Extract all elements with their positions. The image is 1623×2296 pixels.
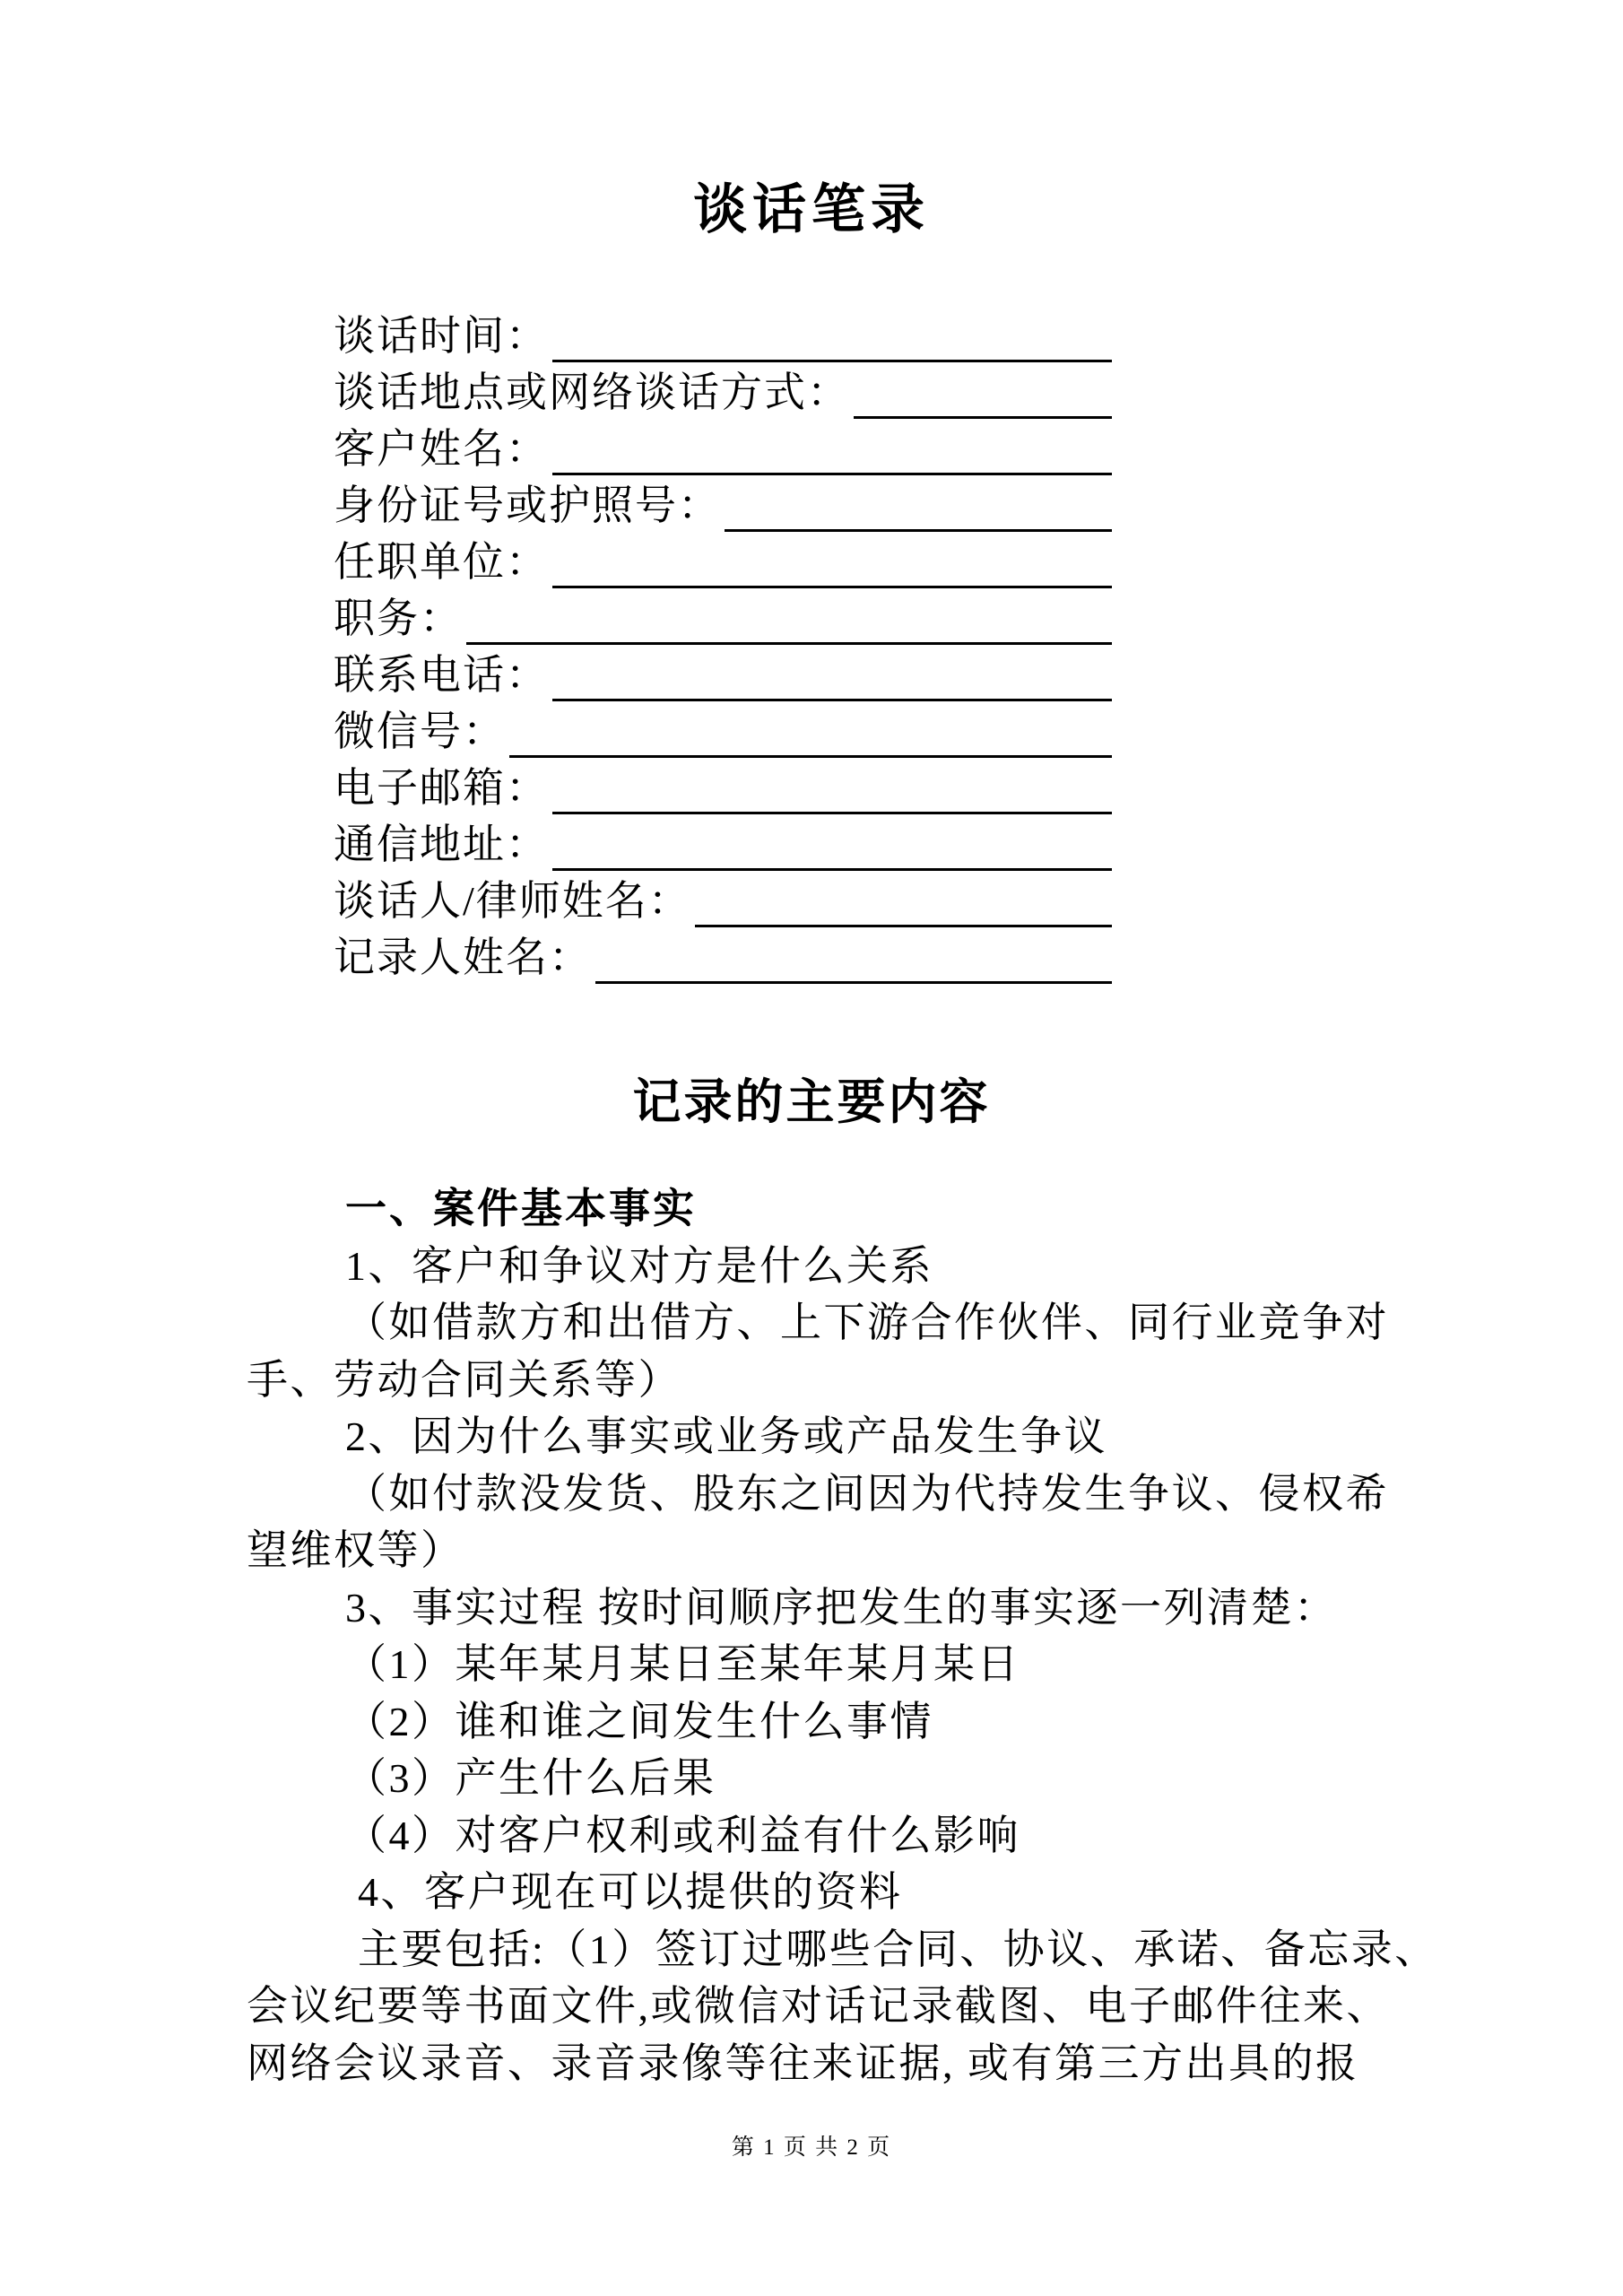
body-line: 望维权等） [247, 1522, 1412, 1579]
body-line: （如付款没发货、股东之间因为代持发生争议、侵权希 [247, 1465, 1412, 1523]
form-field-blank-line [854, 370, 1112, 419]
page-number-footer: 第 1 页 共 2 页 [0, 2135, 1623, 2161]
form-field-label: 客户姓名： [334, 426, 549, 483]
body-line: 手、劳动合同关系等） [247, 1352, 1412, 1409]
form-field-label: 谈话时间： [334, 313, 549, 370]
form-field-label: 联系电话： [334, 652, 549, 709]
form-row: 谈话时间： [334, 313, 1112, 370]
form-field-blank-line [509, 709, 1112, 758]
form-field-label: 任职单位： [334, 539, 549, 596]
body-line: （如借款方和出借方、上下游合作伙伴、同行业竞争对 [247, 1294, 1412, 1352]
form-field-label: 谈话人/律师姓名： [334, 878, 691, 935]
body-line: 2、因为什么事实或业务或产品发生争议 [247, 1408, 1412, 1465]
document-page: 谈话笔录 谈话时间：谈话地点或网络谈话方式：客户姓名：身份证号或护照号：任职单位… [0, 0, 1623, 2296]
body-line: 4、客户现在可以提供的资料 [247, 1864, 1412, 1921]
form-field-blank-line [552, 765, 1112, 814]
body-line: （4）对客户权利或利益有什么影响 [247, 1807, 1412, 1865]
form-row: 谈话人/律师姓名： [334, 878, 1112, 935]
form-field-blank-line [725, 483, 1112, 532]
body-section-title: 一、案件基本事实 [247, 1180, 1412, 1238]
form-row: 客户姓名： [334, 426, 1112, 483]
form-field-blank-line [552, 822, 1112, 871]
form-field-blank-line [466, 596, 1112, 645]
form-field-label: 职务： [334, 596, 463, 652]
body-line: （1）某年某月某日至某年某月某日 [247, 1636, 1412, 1693]
form-row: 职务： [334, 596, 1112, 652]
body-line: 主要包括:（1）签订过哪些合同、协议、承诺、备忘录、 [247, 1921, 1412, 1979]
section-heading: 记录的主要内容 [0, 1073, 1623, 1132]
form-field-blank-line [552, 539, 1112, 588]
form-field-blank-line [695, 878, 1112, 927]
form-row: 身份证号或护照号： [334, 483, 1112, 539]
body-line: （3）产生什么后果 [247, 1750, 1412, 1807]
form-field-label: 微信号： [334, 709, 506, 765]
form-row: 微信号： [334, 709, 1112, 765]
form-field-label: 身份证号或护照号： [334, 483, 721, 539]
form-row: 谈话地点或网络谈话方式： [334, 370, 1112, 426]
body-line: （2）谁和谁之间发生什么事情 [247, 1693, 1412, 1751]
form-row: 记录人姓名： [334, 935, 1112, 991]
form-row: 通信地址： [334, 822, 1112, 878]
form-row: 电子邮箱： [334, 765, 1112, 822]
form-field-blank-line [552, 652, 1112, 701]
body-line: 1、客户和争议对方是什么关系 [247, 1238, 1412, 1295]
form-fields-block: 谈话时间：谈话地点或网络谈话方式：客户姓名：身份证号或护照号：任职单位：职务：联… [334, 313, 1112, 991]
form-row: 联系电话： [334, 652, 1112, 709]
body-line: 3、事实过程 按时间顺序把发生的事实逐一列清楚： [247, 1579, 1412, 1637]
form-field-label: 记录人姓名： [334, 935, 592, 991]
form-field-blank-line [595, 935, 1112, 984]
form-row: 任职单位： [334, 539, 1112, 596]
body-line: 会议纪要等书面文件,或微信对话记录截图、电子邮件往来、 [247, 1978, 1412, 2035]
form-field-label: 电子邮箱： [334, 765, 549, 822]
document-body: 一、案件基本事实1、客户和争议对方是什么关系（如借款方和出借方、上下游合作伙伴、… [247, 1180, 1412, 2092]
form-field-blank-line [552, 426, 1112, 475]
document-title: 谈话笔录 [0, 176, 1623, 244]
body-line: 网络会议录音、录音录像等往来证据, 或有第三方出具的报 [247, 2035, 1412, 2092]
form-field-blank-line [552, 313, 1112, 362]
form-field-label: 通信地址： [334, 822, 549, 878]
form-field-label: 谈话地点或网络谈话方式： [334, 370, 850, 426]
